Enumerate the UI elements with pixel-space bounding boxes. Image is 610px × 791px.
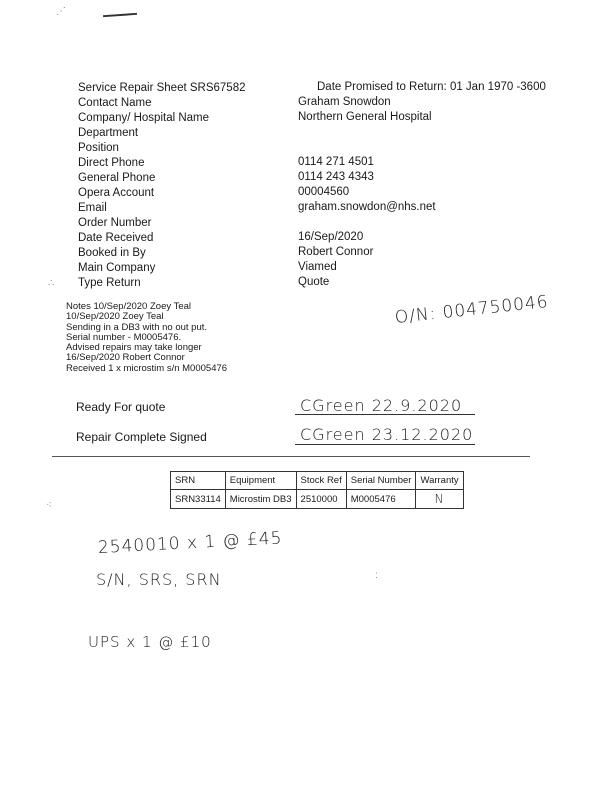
- cell-serial-number: M0005476: [346, 490, 416, 509]
- field-label: Date Received: [78, 231, 209, 246]
- handwritten-order-number: O/N: 004750046: [394, 292, 550, 328]
- signature-line: [295, 414, 475, 415]
- divider: [52, 456, 530, 457]
- field-value: [298, 126, 436, 141]
- field-labels: Contact Name Company/ Hospital Name Depa…: [78, 96, 209, 291]
- field-label: Department: [78, 126, 209, 141]
- cell-srn: SRN33114: [171, 490, 226, 509]
- field-label: Email: [78, 201, 209, 216]
- note-line: Received 1 x microstim s/n M0005476: [66, 364, 227, 374]
- field-value: 16/Sep/2020: [298, 231, 436, 246]
- table-header-row: SRN Equipment Stock Ref Serial Number Wa…: [171, 472, 464, 490]
- field-label: Main Company: [78, 261, 209, 276]
- field-value: Quote: [298, 276, 436, 291]
- scan-speck: ⁖: [46, 500, 52, 511]
- field-label: General Phone: [78, 171, 209, 186]
- signature-line: [295, 444, 475, 445]
- field-label: Opera Account: [78, 186, 209, 201]
- field-label: Company/ Hospital Name: [78, 111, 209, 126]
- signoff-label: Ready For quote: [76, 400, 165, 414]
- equipment-table: SRN Equipment Stock Ref Serial Number Wa…: [170, 471, 464, 509]
- cell-equipment: Microstim DB3: [225, 490, 296, 509]
- field-values: Graham Snowdon Northern General Hospital…: [298, 96, 436, 291]
- table-row: SRN33114 Microstim DB3 2510000 M0005476 …: [171, 490, 464, 509]
- handwritten-note: S/N, SRS, SRN: [96, 570, 222, 589]
- scan-speck: ∴: [48, 278, 54, 289]
- column-header: Stock Ref: [296, 472, 346, 490]
- field-label: Position: [78, 141, 209, 156]
- field-label: Direct Phone: [78, 156, 209, 171]
- pen-dots: ⋰: [56, 6, 66, 17]
- scan-speck: :: [375, 570, 378, 581]
- signoff-handwriting: CGreen 23.12.2020: [300, 425, 473, 444]
- cell-warranty: N: [416, 490, 463, 509]
- signoff-label: Repair Complete Signed: [76, 430, 207, 444]
- field-label: Booked in By: [78, 246, 209, 261]
- field-value: [298, 141, 436, 156]
- field-value: [298, 216, 436, 231]
- column-header: Warranty: [416, 472, 463, 490]
- cell-stock-ref: 2510000: [296, 490, 346, 509]
- signoff-handwriting: CGreen 22.9.2020: [300, 396, 462, 415]
- field-value: 00004560: [298, 186, 436, 201]
- column-header: Serial Number: [346, 472, 416, 490]
- field-value: Robert Connor: [298, 246, 436, 261]
- field-value: Viamed: [298, 261, 436, 276]
- field-label: Type Return: [78, 276, 209, 291]
- column-header: Equipment: [225, 472, 296, 490]
- sheet-title: Service Repair Sheet SRS67582: [78, 81, 246, 96]
- column-header: SRN: [171, 472, 226, 490]
- handwritten-note: UPS x 1 @ £10: [88, 633, 212, 651]
- field-label: Contact Name: [78, 96, 209, 111]
- field-label: Order Number: [78, 216, 209, 231]
- field-value: Northern General Hospital: [298, 111, 436, 126]
- field-value: graham.snowdon@nhs.net: [298, 201, 436, 216]
- notes-block: Notes 10/Sep/2020 Zoey Teal 10/Sep/2020 …: [66, 302, 227, 374]
- date-promised: Date Promised to Return: 01 Jan 1970 -36…: [317, 81, 546, 93]
- field-value: 0114 243 4343: [298, 171, 436, 186]
- handwritten-note: 2540010 x 1 @ £45: [97, 528, 282, 558]
- field-value: Graham Snowdon: [298, 96, 436, 111]
- field-value: 0114 271 4501: [298, 156, 436, 171]
- pen-mark: [103, 13, 137, 17]
